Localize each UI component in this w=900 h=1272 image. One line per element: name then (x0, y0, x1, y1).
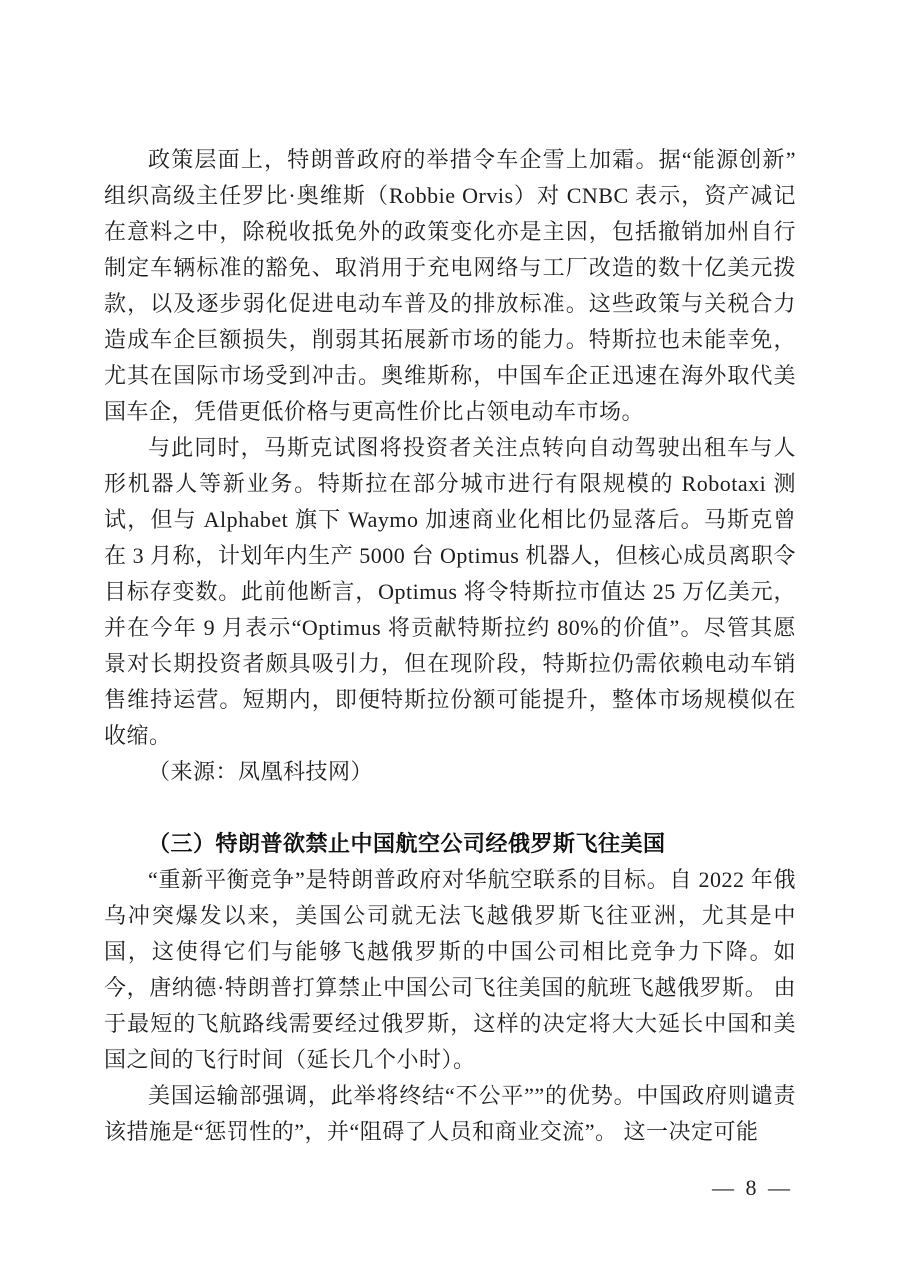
paragraph-musk-pivot: 与此同时，马斯克试图将投资者关注点转向自动驾驶出租车与人形机器人等新业务。特斯拉… (104, 430, 796, 754)
section-heading-aviation-ban: （三）特朗普欲禁止中国航空公司经俄罗斯飞往美国 (104, 826, 796, 862)
document-page: 政策层面上，特朗普政府的举措令车企雪上加霜。据“能源创新”组织高级主任罗比·奥维… (0, 0, 900, 1272)
paragraph-tesla-policy: 政策层面上，特朗普政府的举措令车企雪上加霜。据“能源创新”组织高级主任罗比·奥维… (104, 142, 796, 430)
source-attribution: （来源：凤凰科技网） (104, 754, 796, 790)
paragraph-dot-statement: 美国运输部强调，此举将终结“不公平””的优势。中国政府则谴责该措施是“惩罚性的”… (104, 1078, 796, 1150)
page-content: 政策层面上，特朗普政府的举措令车企雪上加霜。据“能源创新”组织高级主任罗比·奥维… (104, 142, 796, 1150)
page-number: — 8 — (712, 1174, 793, 1202)
paragraph-aviation-rebalance: “重新平衡竞争”是特朗普政府对华航空联系的目标。自 2022 年俄乌冲突爆发以来… (104, 862, 796, 1078)
